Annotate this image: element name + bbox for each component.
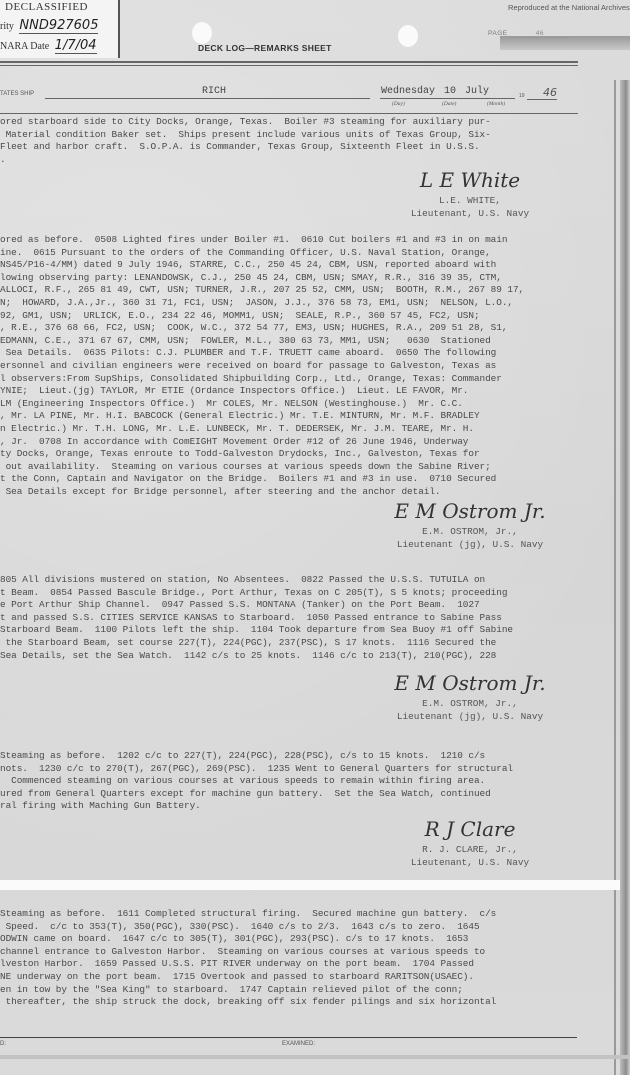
signer-name: R. J. CLARE, Jr., xyxy=(380,844,560,857)
signature-block: L E White L.E. WHITE, Lieutenant, U.S. N… xyxy=(380,165,560,220)
remarks-section-0000-0400: ored starboard side to City Docks, Orang… xyxy=(0,116,600,166)
deck-log-sheet: DECLASSIFIED rity NND927605 NARA Date 1/… xyxy=(0,0,630,1075)
remarks-section-1200-1600: Steaming as before. 1202 c/c to 227(T), … xyxy=(0,750,600,813)
remarks-text: 805 All divisions mustered on station, N… xyxy=(0,574,600,662)
footer-rule xyxy=(0,1037,577,1038)
punch-hole-right xyxy=(398,25,418,47)
signer-rank: Lieutenant (jg), U.S. Navy xyxy=(380,711,560,724)
signature-block: E M Ostrom Jr. E.M. OSTROM, Jr., Lieuten… xyxy=(380,496,560,551)
archives-note: Reproduced at the National Archives xyxy=(508,3,630,12)
page-label: PAGE xyxy=(488,30,508,37)
date-caption: (Date) xyxy=(442,101,456,107)
page-edge-shadow xyxy=(620,80,630,1075)
punch-hole-left xyxy=(192,22,212,44)
stamp-nara-label: NARA Date xyxy=(0,41,49,52)
signer-rank: Lieutenant, U.S. Navy xyxy=(380,857,560,870)
remarks-text: ored starboard side to City Docks, Orang… xyxy=(0,116,600,166)
date-underline xyxy=(380,98,515,99)
handwritten-signature: R J Clare xyxy=(380,814,560,844)
stamp-authority-value: NND927605 xyxy=(19,18,98,34)
signer-name: L.E. WHITE, xyxy=(380,195,560,208)
header-rule-top-2 xyxy=(0,65,578,66)
remarks-text: Steaming as before. 1202 c/c to 227(T), … xyxy=(0,750,600,813)
page-number: PAGE 46 xyxy=(488,30,570,38)
header-rule-bottom xyxy=(0,113,578,114)
remarks-section-0400-0800: ored as before. 0508 Lighted fires under… xyxy=(0,234,600,498)
stamp-authority-label: rity xyxy=(0,21,14,32)
signature-block: R J Clare R. J. CLARE, Jr., Lieutenant, … xyxy=(380,814,560,869)
month-caption: (Month) xyxy=(487,101,505,107)
handwritten-signature: E M Ostrom Jr. xyxy=(380,668,560,698)
remarks-section-0800-1200: 805 All divisions mustered on station, N… xyxy=(0,574,600,662)
signer-name: E.M. OSTROM, Jr., xyxy=(380,698,560,711)
signer-name: E.M. OSTROM, Jr., xyxy=(380,526,560,539)
signature-block: E M Ostrom Jr. E.M. OSTROM, Jr., Lieuten… xyxy=(380,668,560,723)
footer-left-label: D: xyxy=(0,1041,6,1047)
handwritten-signature: L E White xyxy=(380,165,560,195)
page-edge-line xyxy=(614,80,616,1075)
footer-band xyxy=(0,1055,630,1059)
stamp-title: DECLASSIFIED xyxy=(5,1,88,13)
signer-rank: Lieutenant (jg), U.S. Navy xyxy=(380,539,560,552)
examined-label: EXAMINED: xyxy=(282,1041,315,1047)
ship-underline xyxy=(45,98,370,99)
sheet-title: DECK LOG—REMARKS SHEET xyxy=(198,43,332,53)
log-year: 46 xyxy=(527,86,557,100)
corner-shadow xyxy=(500,36,630,50)
signer-rank: Lieutenant, U.S. Navy xyxy=(380,208,560,221)
scan-page-break xyxy=(0,880,620,890)
handwritten-signature: E M Ostrom Jr. xyxy=(380,496,560,526)
stamp-nara-value: 1/7/04 xyxy=(55,38,97,54)
remarks-text: ored as before. 0508 Lighted fires under… xyxy=(0,234,600,498)
year-prefix: 19 xyxy=(519,93,525,99)
stamp-authority: rity NND927605 xyxy=(0,18,98,33)
remarks-text: Steaming as before. 1611 Completed struc… xyxy=(0,908,600,1009)
stamp-nara-date: NARA Date 1/7/04 xyxy=(0,38,97,53)
header-rule-top xyxy=(0,61,578,63)
ship-label: TATES SHIP xyxy=(0,91,34,97)
log-date: Wednesday 10 July xyxy=(381,86,489,97)
page-value: 46 xyxy=(510,30,570,38)
declassified-stamp: DECLASSIFIED rity NND927605 NARA Date 1/… xyxy=(0,0,120,58)
ship-name: RICH xyxy=(202,86,226,97)
day-caption: (Day) xyxy=(392,101,405,107)
remarks-section-1600-2000: Steaming as before. 1611 Completed struc… xyxy=(0,908,600,1009)
